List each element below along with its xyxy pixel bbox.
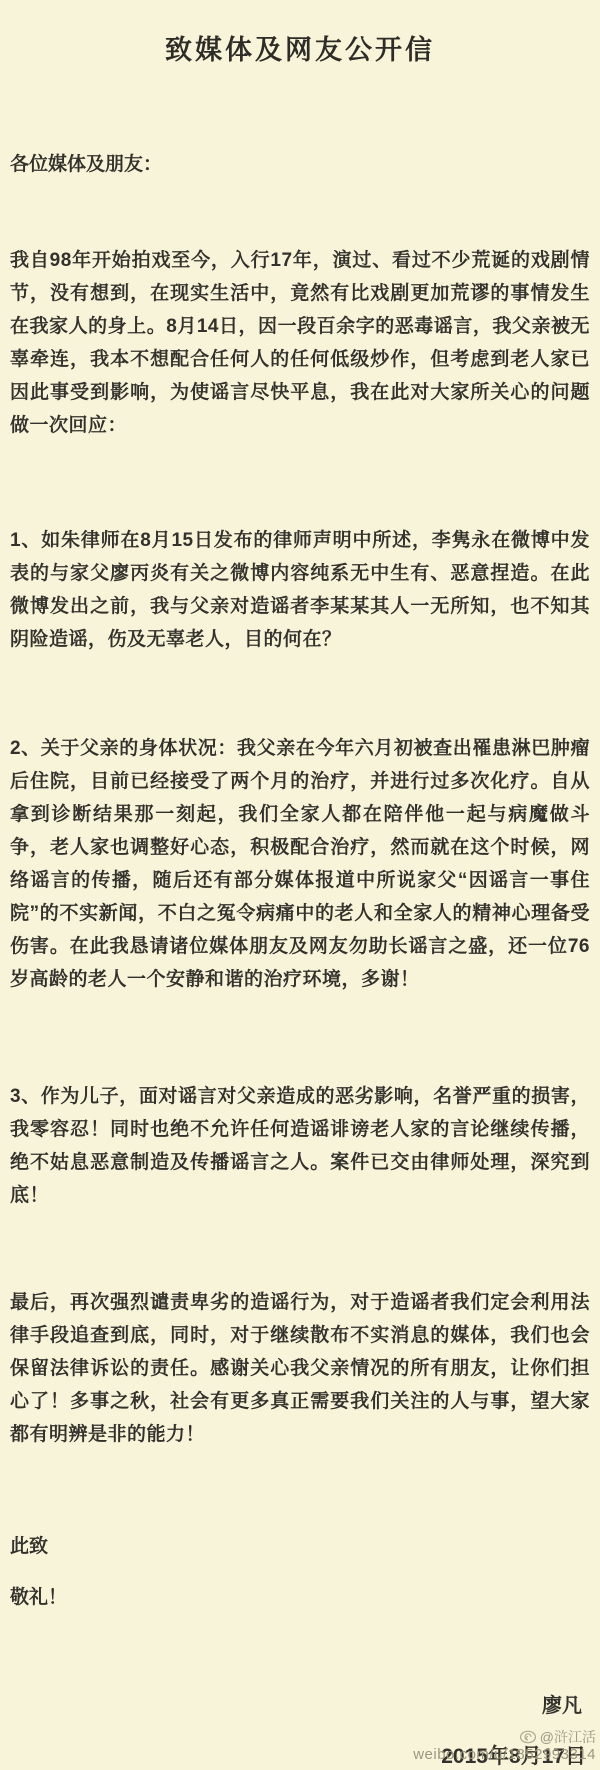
letter-title: 致媒体及网友公开信 bbox=[10, 28, 590, 67]
weibo-watermark: @浒江活 weibo.com/u/1852993314 bbox=[413, 1728, 596, 1764]
letter-paragraph-point-3: 3、作为儿子，面对谣言对父亲造成的恶劣影响，名誉严重的损害，我零容忍！同时也绝不… bbox=[10, 1080, 590, 1212]
letter-salutation: 各位媒体及朋友： bbox=[10, 149, 590, 176]
signature: 廖凡 bbox=[10, 1689, 582, 1718]
letter-paragraph-conclusion: 最后，再次强烈谴责卑劣的造谣行为，对于造谣者我们定会利用法律手段追查到底，同时，… bbox=[10, 1286, 590, 1451]
letter-paragraph-point-2: 2、关于父亲的身体状况：我父亲在今年六月初被查出罹患淋巴肿瘤后住院，目前已经接受… bbox=[10, 732, 590, 996]
letter-paragraph-intro: 我自98年开始拍戏至今，入行17年，演过、看过不少荒诞的戏剧情节，没有想到，在现… bbox=[10, 244, 590, 442]
watermark-username: @浒江活 bbox=[540, 1728, 596, 1746]
letter-paragraph-point-1: 1、如朱律师在8月15日发布的律师声明中所述，李隽永在微博中发表的与家父廖丙炎有… bbox=[10, 524, 590, 656]
weibo-eye-icon bbox=[519, 1730, 537, 1744]
closing-salute: 此致 bbox=[10, 1531, 590, 1558]
open-letter-page: 致媒体及网友公开信 各位媒体及朋友： 我自98年开始拍戏至今，入行17年，演过、… bbox=[0, 28, 600, 1770]
closing-regards: 敬礼！ bbox=[10, 1582, 590, 1609]
watermark-url: weibo.com/u/1852993314 bbox=[413, 1746, 596, 1764]
